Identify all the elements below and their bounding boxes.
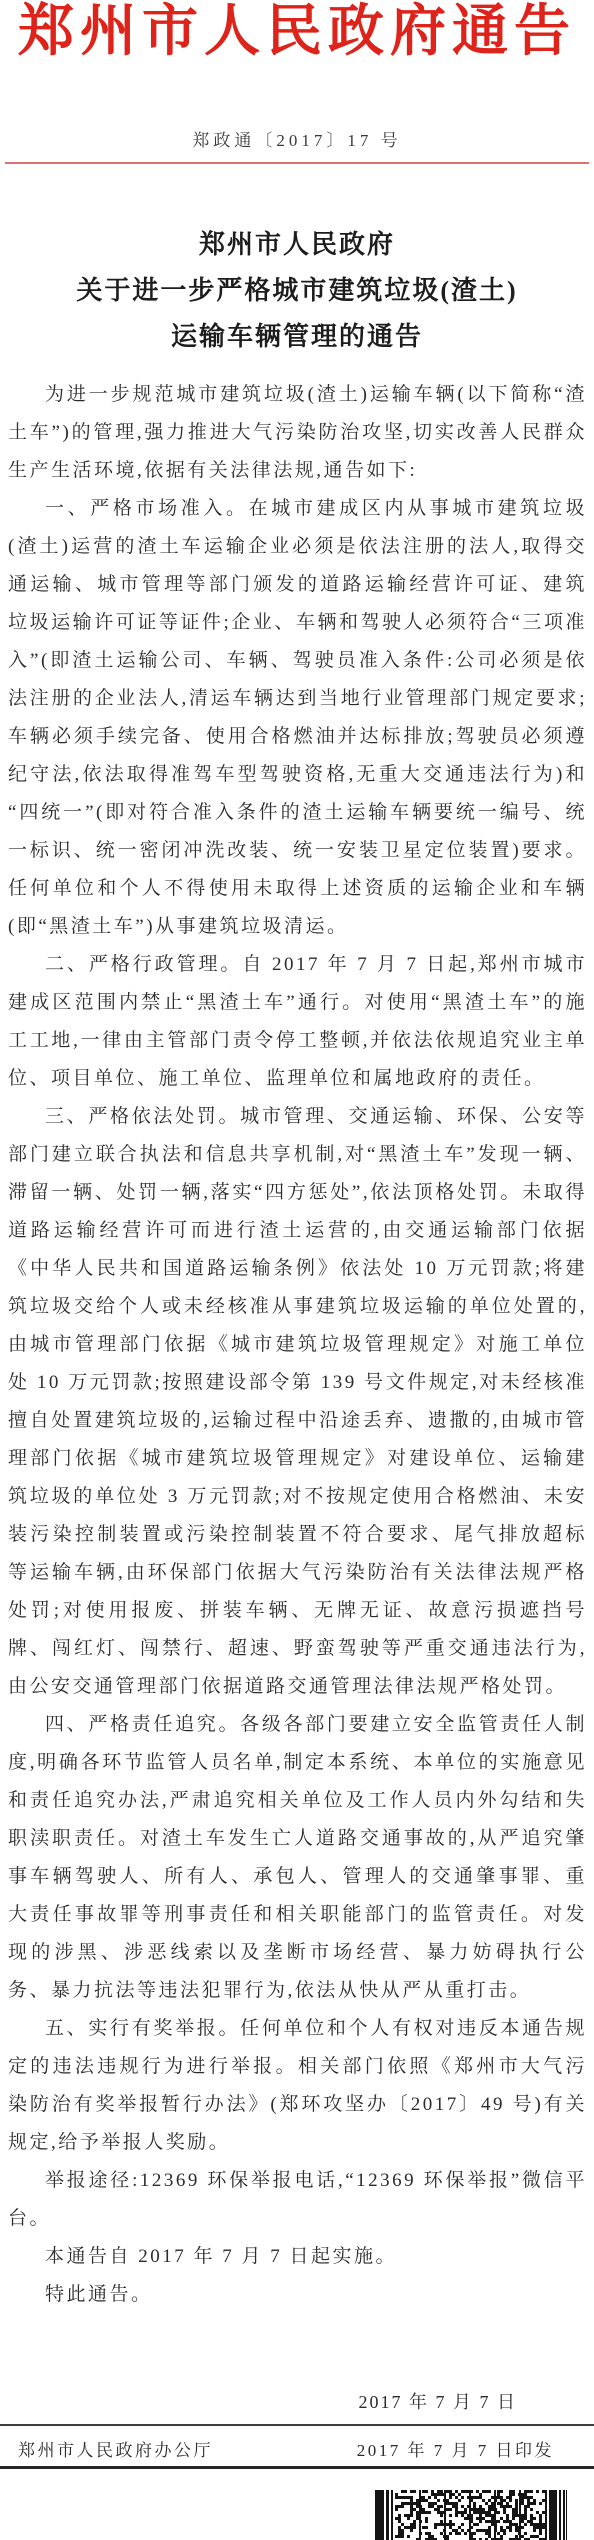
body-paragraph: 特此通告。 [8, 2276, 587, 2314]
body-paragraph: 四、严格责任追究。各级各部门要建立安全监管责任人制度,明确各环节监管人员名单,制… [8, 1706, 587, 2010]
body-paragraph: 二、严格行政管理。自 2017 年 7 月 7 日起,郑州市城市建成区范围内禁止… [8, 946, 587, 1098]
masthead-title: 郑州市人民政府通告 [0, 0, 594, 62]
body-paragraph: 三、严格依法处罚。城市管理、交通运输、环保、公安等部门建立联合执法和信息共享机制… [8, 1098, 587, 1706]
doc-title-line-3: 运输车辆管理的通告 [0, 314, 594, 360]
footer-row: 郑州市人民政府办公厅 2017 年 7 月 7 日印发 [0, 2436, 594, 2461]
doc-title-line-2: 关于进一步严格城市建筑垃圾(渣土) [0, 268, 594, 314]
body-paragraph: 一、严格市场准入。在城市建成区内从事城市建筑垃圾(渣土)运营的渣土车运输企业必须… [8, 490, 587, 946]
doc-number: 郑政通〔2017〕17 号 [0, 130, 594, 152]
body-paragraph: 为进一步规范城市建筑垃圾(渣土)运输车辆(以下简称“渣土车”)的管理,强力推进大… [8, 376, 587, 490]
footer-print-date: 2017 年 7 月 7 日印发 [357, 2436, 554, 2461]
body-paragraph: 本通告自 2017 年 7 月 7 日起实施。 [8, 2238, 587, 2276]
doc-title-line-1: 郑州市人民政府 [0, 222, 594, 268]
masthead: 郑州市人民政府通告 郑政通〔2017〕17 号 [0, 0, 594, 164]
doc-title: 郑州市人民政府 关于进一步严格城市建筑垃圾(渣土) 运输车辆管理的通告 [0, 222, 594, 360]
body-paragraph: 举报途径:12369 环保举报电话,“12369 环保举报”微信平台。 [8, 2162, 587, 2238]
document-page: 郑州市人民政府通告 郑政通〔2017〕17 号 郑州市人民政府 关于进一步严格城… [0, 0, 594, 2540]
document-barcode [375, 2490, 567, 2540]
footer-rule-thick [0, 2466, 594, 2469]
document-body: 为进一步规范城市建筑垃圾(渣土)运输车辆(以下简称“渣土车”)的管理,强力推进大… [0, 376, 594, 2314]
footer-rule-thin [0, 2424, 594, 2426]
body-paragraph: 五、实行有奖举报。任何单位和个人有权对违反本通告规定的违法违规行为进行举报。相关… [8, 2010, 587, 2162]
masthead-red-rule [5, 162, 589, 164]
footer-issuer: 郑州市人民政府办公厅 [18, 2436, 213, 2461]
sign-date: 2017 年 7 月 7 日 [359, 2388, 518, 2414]
